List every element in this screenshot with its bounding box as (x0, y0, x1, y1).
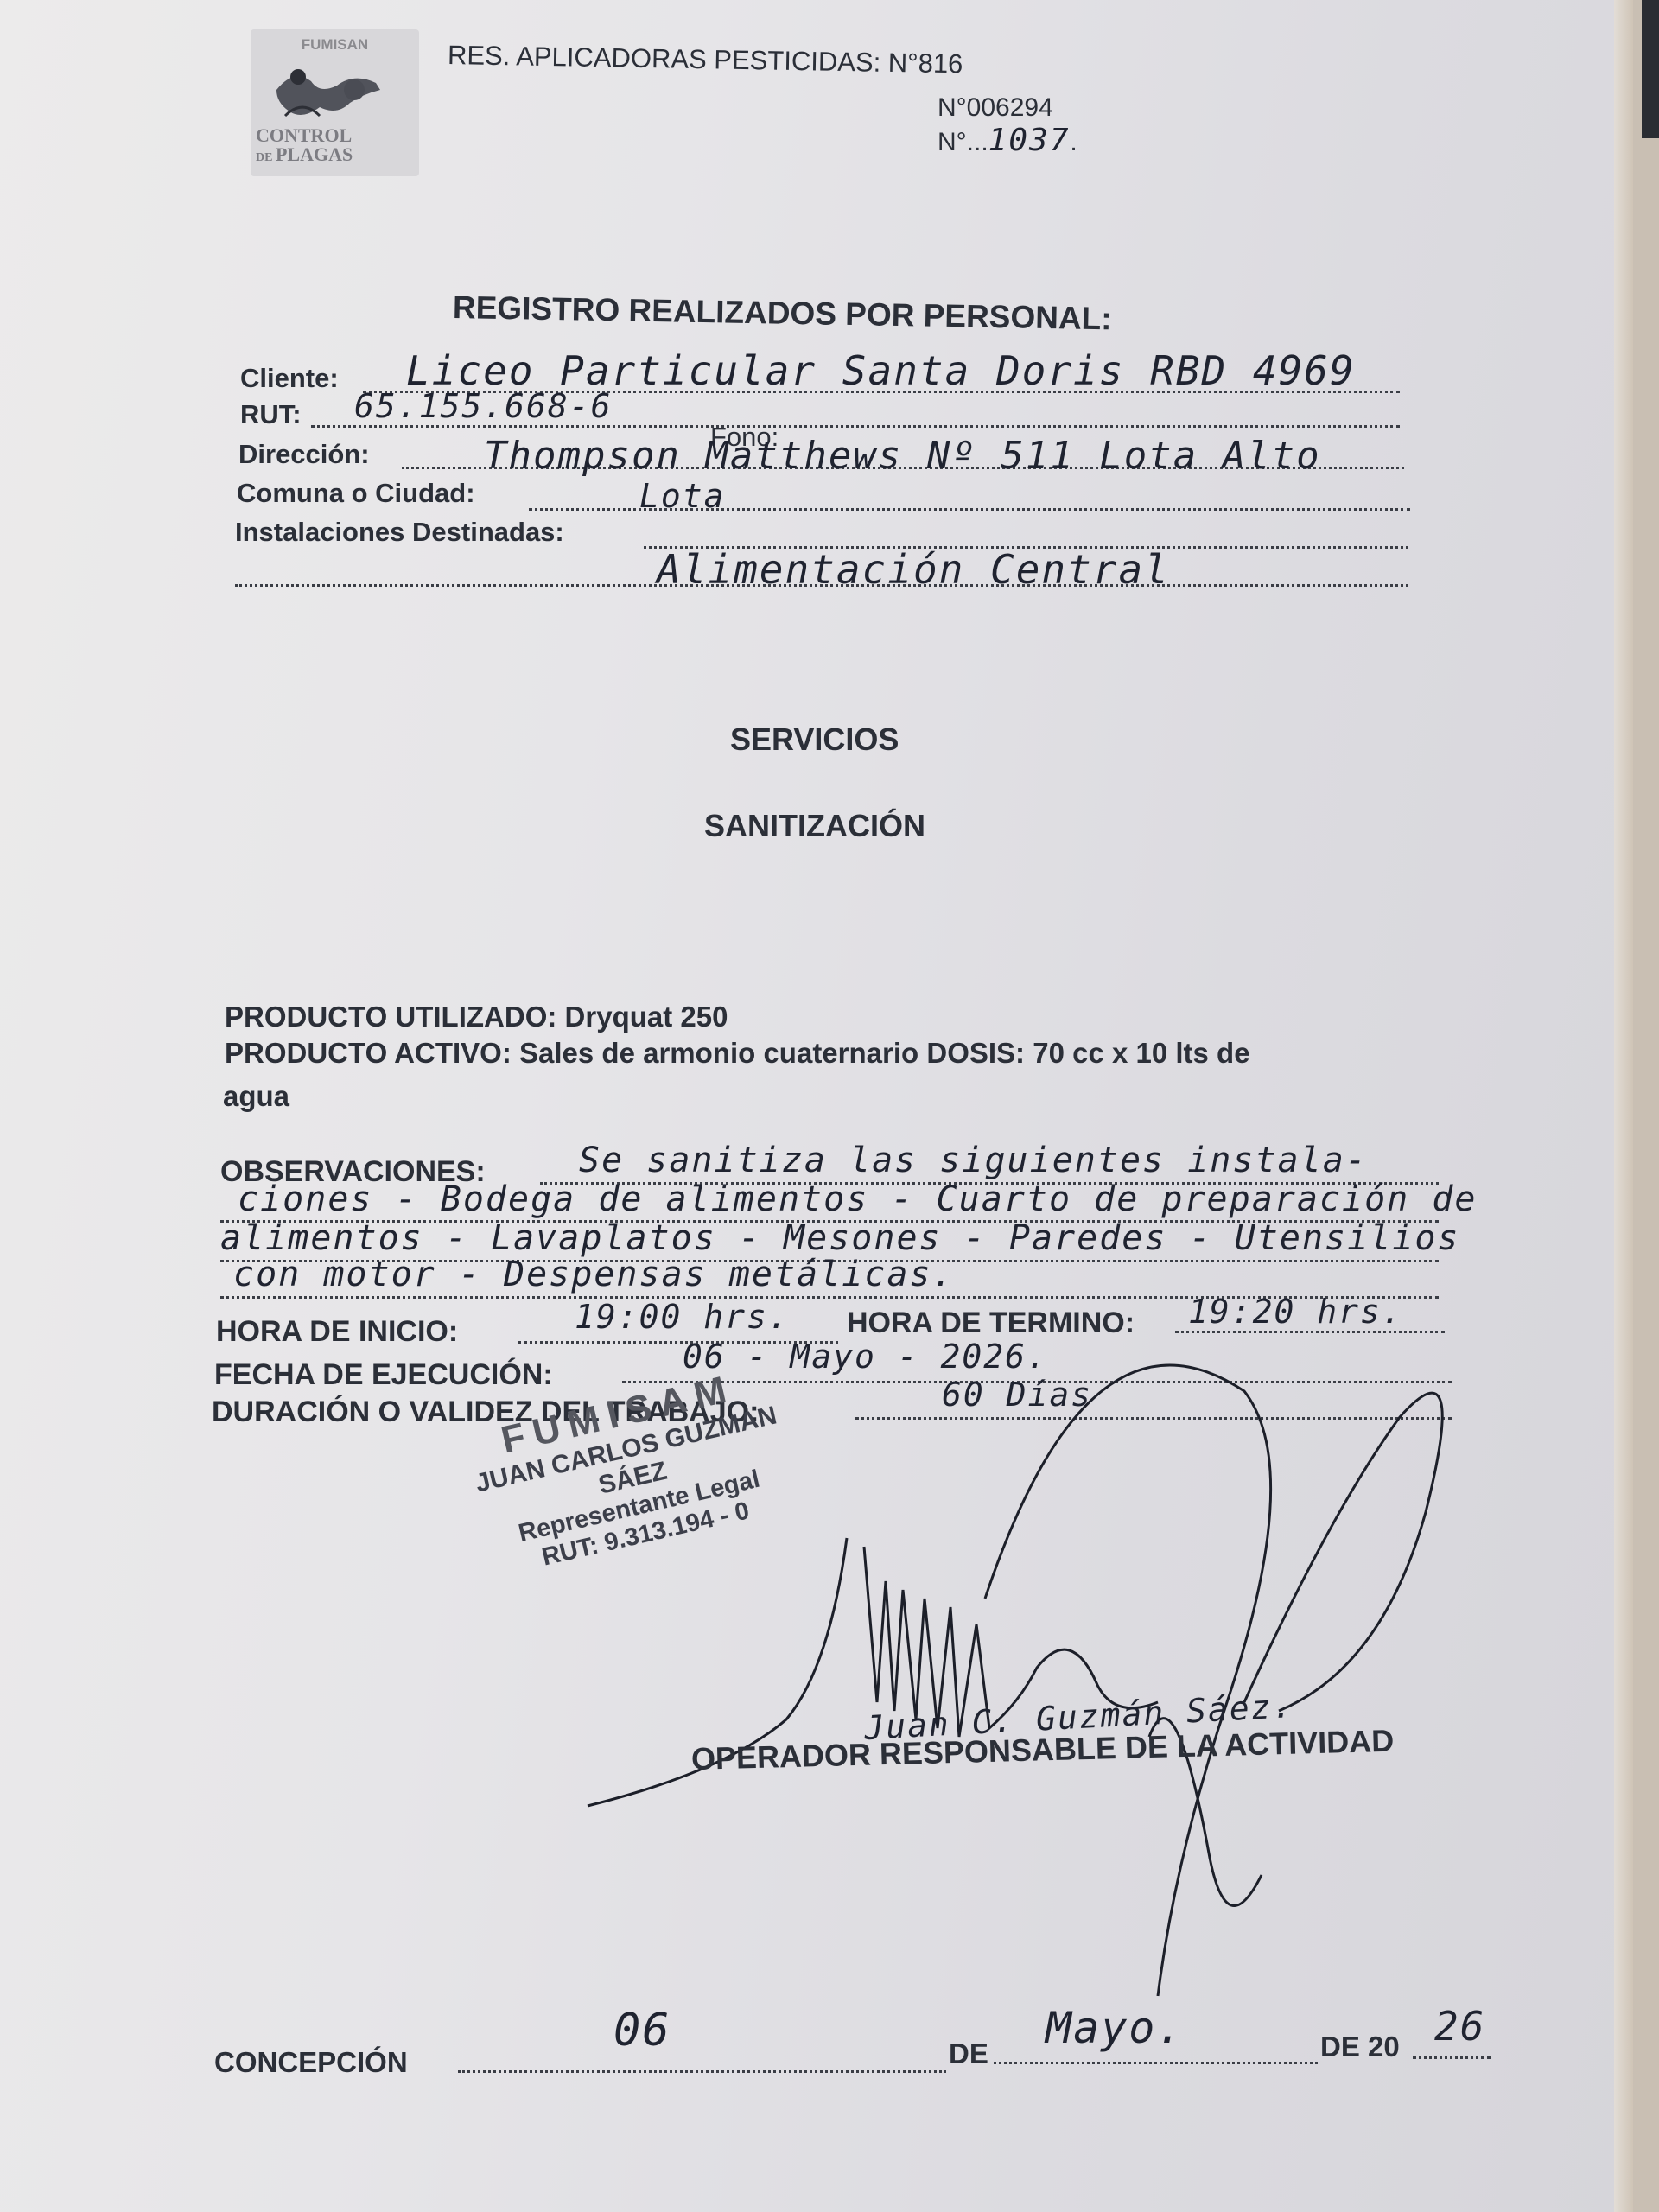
producto-activo: PRODUCTO ACTIVO: Sales de armonio cuater… (225, 1037, 1250, 1070)
dosis-continuation: agua (223, 1080, 289, 1113)
handwritten-signature (553, 1339, 1547, 2013)
resolution-number: RES. APLICADORAS PESTICIDAS: N°816 (448, 40, 963, 79)
hora-termino-dotline (1175, 1331, 1445, 1333)
instalaciones-label: Instalaciones Destinadas: (235, 517, 564, 548)
rut-dotline (311, 425, 1400, 428)
rut-value: 65.155.668-6 (354, 387, 613, 425)
observaciones-line-3: alimentos - Lavaplatos - Mesones - Pared… (220, 1218, 1460, 1258)
observaciones-line-1: Se sanitiza las siguientes instala- (579, 1141, 1368, 1180)
service-type: SANITIZACIÓN (704, 808, 925, 844)
comuna-value: Lota (639, 477, 726, 515)
instalaciones-value: Alimentación Central (657, 546, 1170, 593)
logo-brand: FUMISAN (251, 36, 419, 54)
footer-month-dotline (994, 2062, 1318, 2064)
fecha-ejecucion-label: FECHA DE EJECUCIÓN: (214, 1358, 553, 1392)
background-dark-surface (1642, 0, 1659, 138)
footer-month: Mayo. (1046, 2003, 1185, 2053)
observaciones-line-4: con motor - Despensas metálicas. (233, 1255, 955, 1294)
footer-day: 06 (613, 2005, 671, 2056)
footer-year-dotline (1413, 2056, 1491, 2059)
footer-city: CONCEPCIÓN (214, 2046, 408, 2079)
hora-inicio-value: 19:00 hrs. (575, 1298, 790, 1336)
registro-title: REGISTRO REALIZADOS POR PERSONAL: (453, 289, 1112, 337)
hora-termino-label: HORA DE TERMINO: (847, 1306, 1135, 1340)
cliente-label: Cliente: (240, 363, 339, 394)
logo-tagline: CONTROL DE PLAGAS (256, 126, 353, 168)
company-logo: FUMISAN CONTROL DE PLAGAS (251, 29, 419, 176)
hora-termino-value: 19:20 hrs. (1188, 1293, 1403, 1331)
footer-de-2: DE 20 (1320, 2031, 1400, 2063)
handwritten-serial-number: N°...1037. (938, 123, 1077, 158)
comuna-label: Comuna o Ciudad: (237, 478, 475, 509)
footer-year: 26 (1434, 2003, 1485, 2050)
direccion-value: Thompson Matthews Nº 511 Lota Alto (484, 434, 1321, 478)
servicios-title: SERVICIOS (730, 721, 899, 758)
pest-emblem-icon (268, 64, 389, 124)
rut-label: RUT: (240, 399, 302, 430)
footer-day-dotline (458, 2070, 946, 2073)
footer-de-1: DE (949, 2037, 988, 2070)
paper-edge (1614, 0, 1633, 2212)
observaciones-line-2: ciones - Bodega de alimentos - Cuarto de… (238, 1179, 1478, 1219)
document-page: FUMISAN CONTROL DE PLAGAS RES. APLICADOR… (0, 0, 1624, 2212)
direccion-label: Dirección: (238, 439, 370, 470)
producto-utilizado: PRODUCTO UTILIZADO: Dryquat 250 (225, 1001, 728, 1033)
printed-serial-number: N°006294 (938, 93, 1053, 123)
hora-inicio-label: HORA DE INICIO: (216, 1315, 458, 1349)
